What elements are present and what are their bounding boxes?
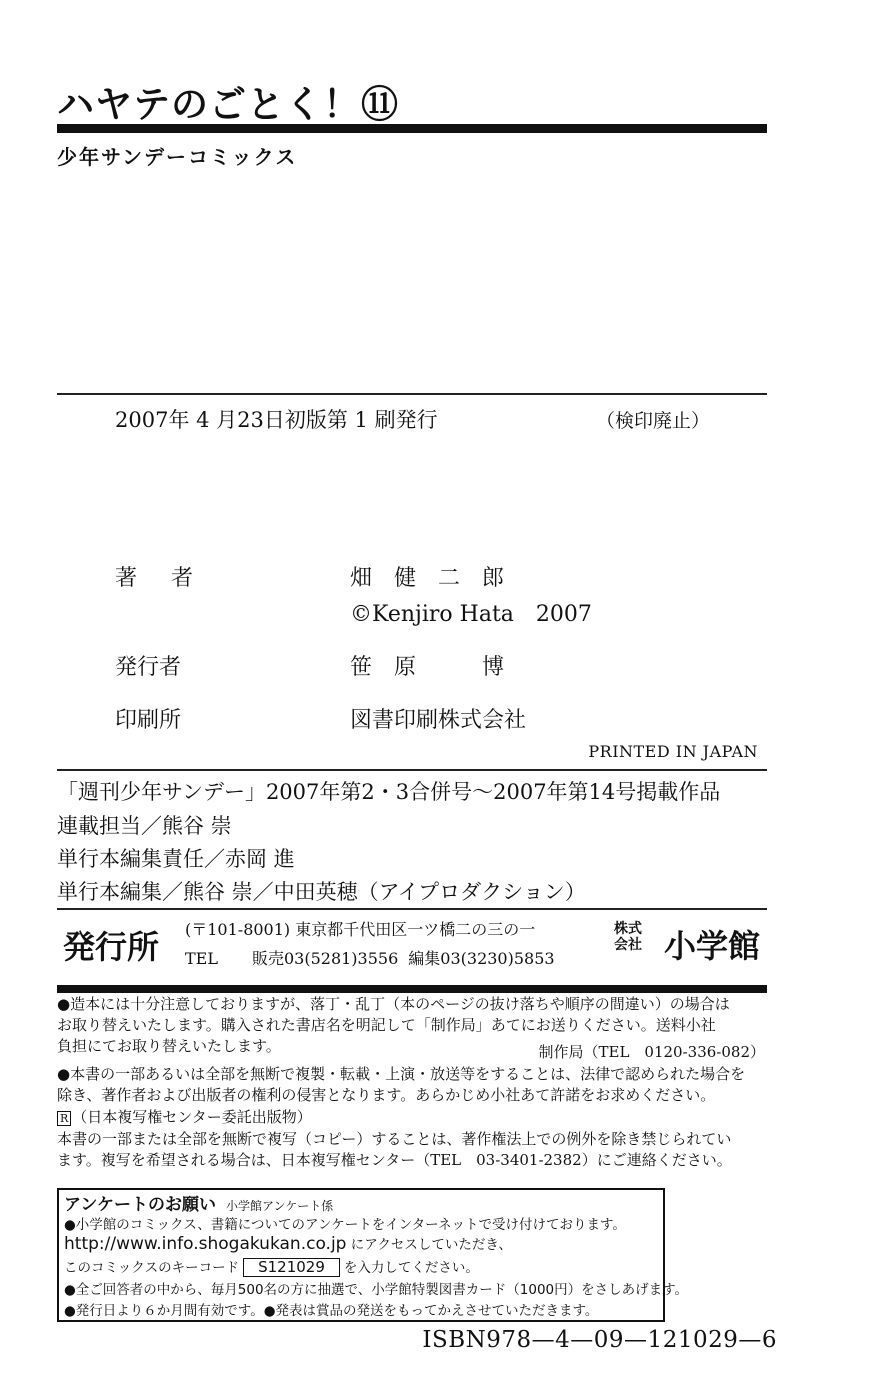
printer-name: 図書印刷株式会社 <box>350 703 526 734</box>
serialization-info: 「週刊少年サンデー」2007年第2・3合併号～2007年第14号掲載作品 <box>57 776 720 806</box>
publication-date: 2007年 4 月23日初版第 1 刷発行 <box>115 404 438 434</box>
serial-editor: 連載担当／熊谷 崇 <box>57 810 232 840</box>
production-contact: 制作局（TEL 0120-336-082） <box>539 1041 766 1062</box>
key-code-box: S121029 <box>243 1258 340 1277</box>
corporation-mark: 株式 会社 <box>614 921 642 953</box>
publisher-top-rule <box>57 908 767 910</box>
survey-intro: ●小学館のコミックス、書籍についてのアンケートをインターネットで受け付けておりま… <box>64 1213 626 1233</box>
survey-keycode-line: このコミックスのキーコードS121029を入力してください。 <box>64 1256 479 1277</box>
copyright-line: ©Kenjiro Hata 2007 <box>350 597 592 628</box>
book-title: ハヤテのごとく！⑪ <box>57 74 399 128</box>
staff-rule <box>57 769 767 771</box>
author-label: 著 者 <box>115 561 199 592</box>
survey-prize: ●全ご回答者の中から、毎月500名の方に抽選で、小学館特製図書カード（1000円… <box>64 1278 688 1298</box>
survey-heading: アンケートのお願い小学館アンケート係 <box>64 1190 333 1215</box>
tel-editorial: 編集03(3230)5853 <box>408 949 554 968</box>
seal-abolished-note: （検印廃止） <box>596 406 710 433</box>
publisher-bottom-rule <box>57 985 767 993</box>
publisher-person-name: 笹 原 博 <box>350 650 504 681</box>
colophon-page: ハヤテのごとく！⑪ 少年サンデーコミックス 2007年 4 月23日初版第 1 … <box>0 0 875 1400</box>
date-rule <box>57 393 767 395</box>
volume-editor-in-chief: 単行本編集責任／赤岡 進 <box>57 843 295 873</box>
jrrc-r-icon: R <box>57 1111 71 1126</box>
survey-validity: ●発行日より６か月間有効です。●発表は賞品の発送をもってかえさせていただきます。 <box>64 1299 598 1319</box>
jrrc-heading: R（日本複写権センター委託出版物） <box>57 1107 312 1128</box>
publisher-label: 発行所 <box>63 922 159 968</box>
publisher-address: (〒101-8001) 東京都千代田区一ツ橋二の三の一 <box>185 917 535 940</box>
isbn: ISBN978—4—09—121029—6 <box>422 1327 777 1353</box>
survey-title: アンケートのお願い <box>64 1195 216 1215</box>
series-name: 少年サンデーコミックス <box>57 141 297 170</box>
title-rule <box>57 124 767 133</box>
printed-in-japan: PRINTED IN JAPAN <box>588 742 758 761</box>
survey-url-link[interactable]: http://www.info.shogakukan.co.jp <box>64 1234 346 1254</box>
volume-editors: 単行本編集／熊谷 崇／中田英穂（アイプロダクション） <box>57 876 586 906</box>
publisher-tel: TEL販売03(5281)3556編集03(3230)5853 <box>185 946 555 969</box>
copyright-notice: ●本書の一部あるいは全部を無断で複製・転載・上演・放送等をすることは、法律で認め… <box>57 1064 745 1106</box>
publisher-company: 小学館 <box>664 921 760 967</box>
tel-sales: 販売03(5281)3556 <box>252 949 398 968</box>
printer-label: 印刷所 <box>115 703 181 734</box>
publisher-person-label: 発行者 <box>115 650 181 681</box>
survey-subtitle: 小学館アンケート係 <box>226 1199 333 1213</box>
jrrc-notice: 本書の一部または全部を無断で複写（コピー）することは、著作権法上での例外を除き禁… <box>57 1129 732 1171</box>
tel-label: TEL <box>185 949 218 968</box>
survey-url-line: http://www.info.shogakukan.co.jp にアクセスして… <box>64 1233 512 1254</box>
author-name: 畑 健 二 郎 <box>350 561 504 592</box>
